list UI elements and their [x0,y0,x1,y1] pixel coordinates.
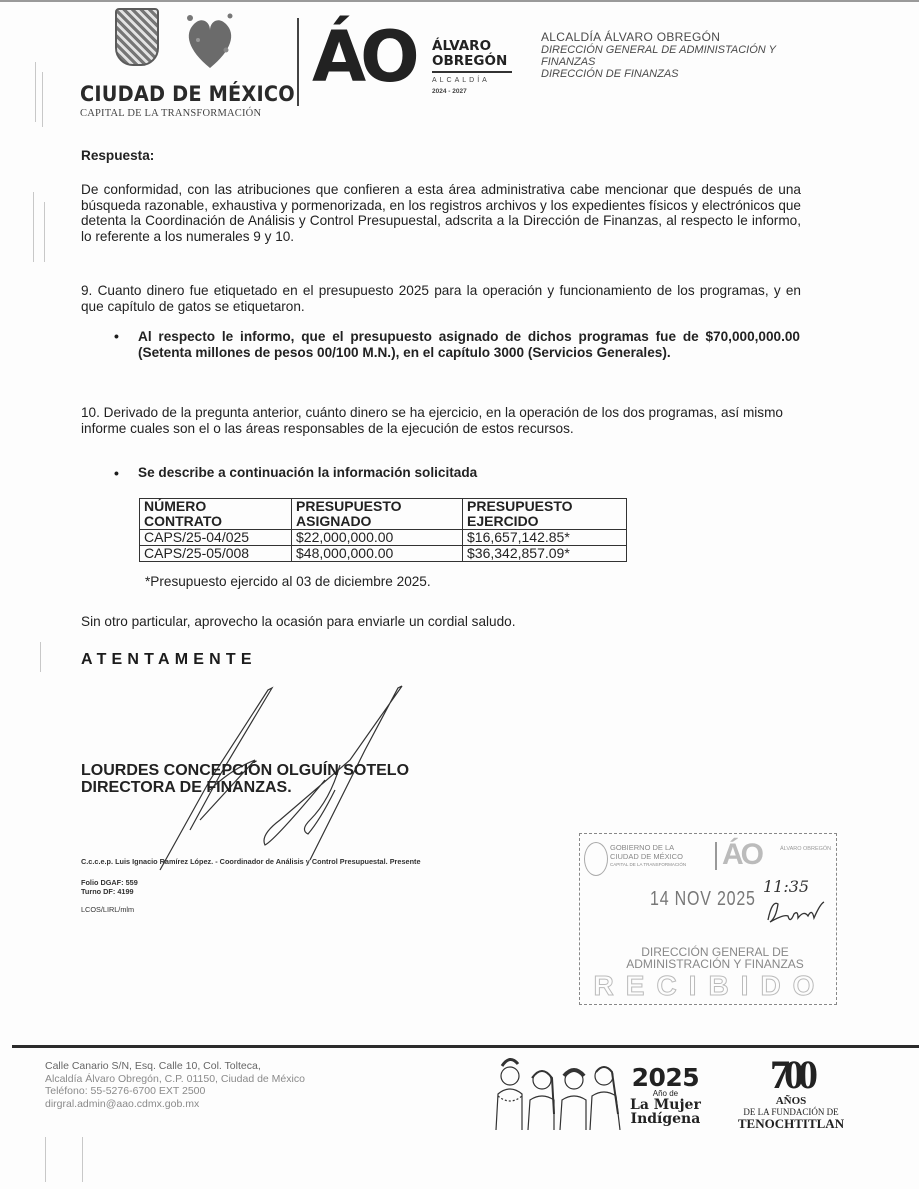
signatory-name: LOURDES CONCEPCIÓN OLGUÍN SOTELO [81,762,409,779]
turno-number: Turno DF: 4199 [81,887,138,896]
tenochtitlan-anniversary-badge: 700 AÑOS DE LA FUNDACIÓN DE TENOCHTITLAN [726,1054,856,1130]
stamp-divider [715,842,717,870]
stamp-received-label: RECIBIDO [592,972,828,1000]
table-row: CAPS/25-04/025 $22,000,000.00 $16,657,14… [140,530,627,546]
logo-divider [297,18,299,106]
heart-emblem-logo [180,10,240,72]
stamp-logo-name: ÁLVARO OBREGÓN [780,846,831,852]
table-header-row: NÚMEROCONTRATO PRESUPUESTOASIGNADO PRESU… [140,499,627,530]
intro-paragraph: De conformidad, con las atribuciones que… [81,182,801,244]
reference-initials: LCOS/LIRL/mlm [81,905,134,914]
column-header-spent: PRESUPUESTOEJERCIDO [463,499,627,530]
budget-table: NÚMEROCONTRATO PRESUPUESTOASIGNADO PRESU… [139,498,627,562]
cdmx-shield-logo [115,8,159,66]
stamp-department: DIRECCIÓN GENERAL DE ADMINISTRACIÓN Y FI… [600,946,830,970]
year-of-indigenous-woman-badge: 2025 Año de La Mujer Indígena [630,1066,701,1126]
spent-budget: $16,657,142.85* [463,530,627,546]
stamp-logo: ÁO [722,838,761,872]
cdmx-title: CIUDAD DE MÉXICO [80,82,295,106]
seal-icon [584,842,608,876]
answer-10-intro: Se describe a continuación la informació… [138,465,477,481]
office-address: Calle Canario S/N, Esq. Calle 10, Col. T… [45,1060,305,1110]
answer-9: Al respecto le informo, que el presupues… [138,329,800,360]
carbon-copy: C.c.c.e.p. Luis Ignacio Ramírez López. -… [81,857,421,866]
logo-rule [432,71,512,73]
cdmx-subtitle: CAPITAL DE LA TRANSFORMACIÓN [80,108,261,119]
contract-number: CAPS/25-04/025 [140,530,292,546]
contract-number: CAPS/25-05/008 [140,546,292,562]
assigned-budget: $22,000,000.00 [292,530,463,546]
salutation: ATENTAMENTE [81,651,257,669]
administration-years: 2024 - 2027 [432,88,467,95]
column-header-assigned: PRESUPUESTOASIGNADO [292,499,463,530]
assigned-budget: $48,000,000.00 [292,546,463,562]
stamp-government: GOBIERNO DE LA CIUDAD DE MÉXICO CAPITAL … [610,844,686,870]
initials-scribble [764,896,826,926]
alcaldia-label: ALCALDÍA [432,77,490,84]
received-stamp: GOBIERNO DE LA CIUDAD DE MÉXICO CAPITAL … [579,833,837,1005]
issuing-office: ALCALDÍA ÁLVARO OBREGÓN DIRECCIÓN GENERA… [541,31,776,80]
closing-line: Sin otro particular, aprovecho la ocasió… [81,614,516,630]
signatory-title: DIRECTORA DE FINANZAS. [81,779,409,796]
signatory: LOURDES CONCEPCIÓN OLGUÍN SOTELO DIRECTO… [81,762,409,796]
response-heading: Respuesta: [81,148,154,164]
table-row: CAPS/25-05/008 $48,000,000.00 $36,342,85… [140,546,627,562]
stamp-time: 11:35 [763,877,809,896]
question-9: 9. Cuanto dinero fue etiquetado en el pr… [81,283,801,314]
spent-budget: $36,342,857.09* [463,546,627,562]
question-10: 10. Derivado de la pregunta anterior, cu… [81,405,816,436]
alvaro-obregon-logo: ÁO [312,22,414,92]
column-header-contract: NÚMEROCONTRATO [140,499,292,530]
table-footnote: *Presupuesto ejercido al 03 de diciembre… [145,574,431,590]
indigenous-women-illustration [492,1054,627,1130]
footer-rule [12,1045,919,1048]
folio-number: Folio DGAF: 559 [81,878,138,887]
bullet-icon: • [114,328,119,344]
alvaro-obregon-name: ÁLVARO OBREGÓN [432,39,507,69]
stamp-date: 14 NOV 2025 [650,888,756,911]
bullet-icon: • [114,465,119,481]
folio-block: Folio DGAF: 559 Turno DF: 4199 [81,878,138,896]
